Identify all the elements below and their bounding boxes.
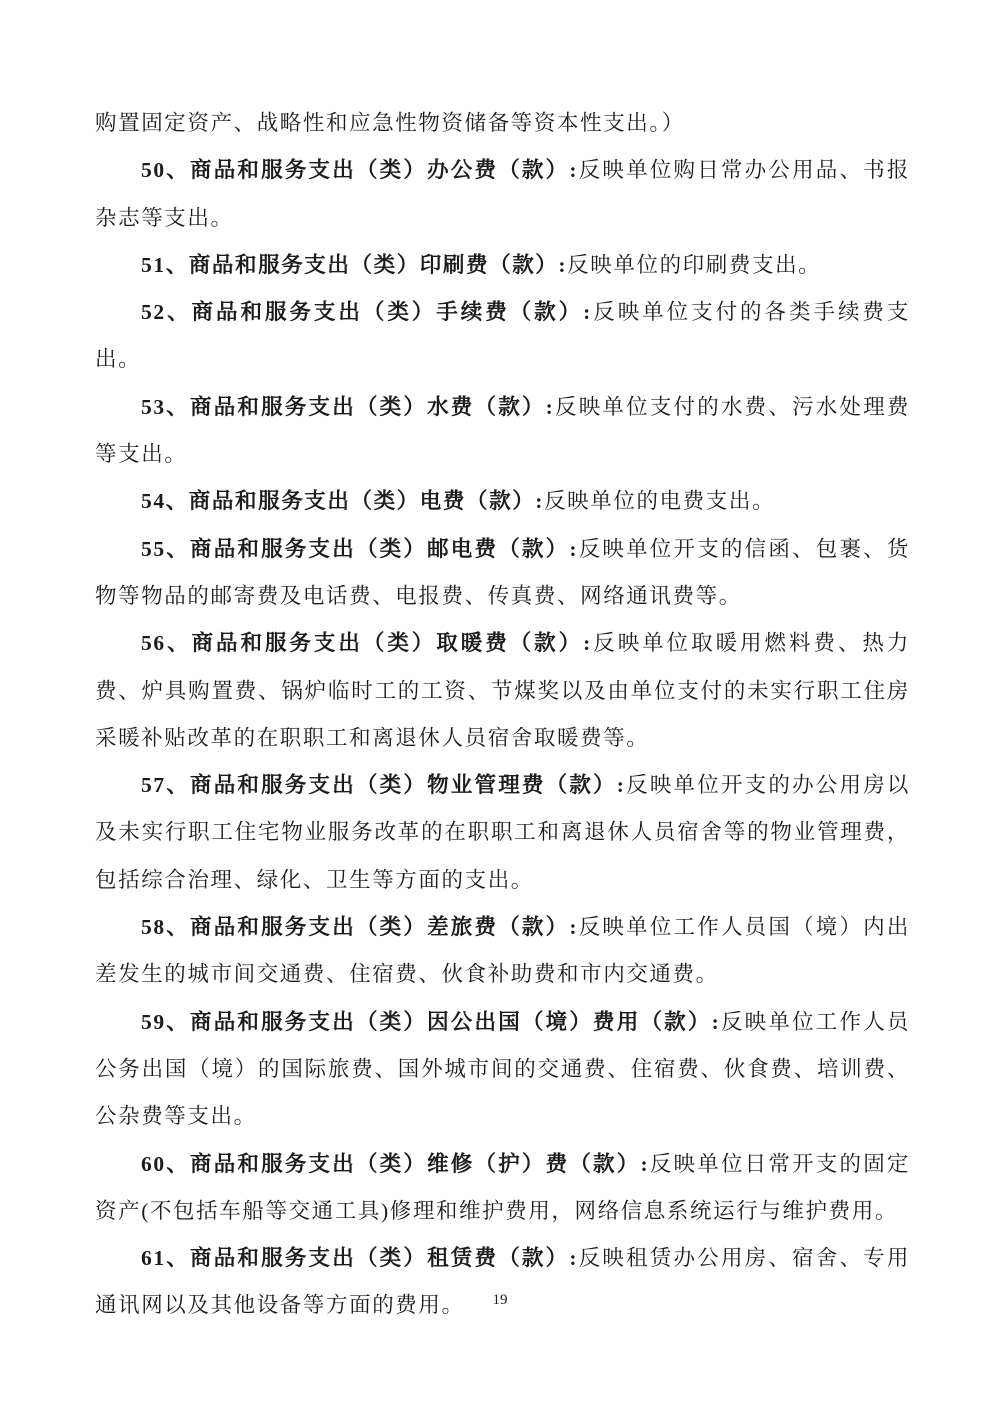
page-footer: 19: [0, 1290, 1000, 1310]
paragraph: 55、商品和服务支出（类）邮电费（款）:反映单位开支的信函、包裹、货物等物品的邮…: [95, 526, 910, 621]
paragraph-label: 51、商品和服务支出（类）印刷费（款）:: [141, 253, 567, 277]
paragraph: 54、商品和服务支出（类）电费（款）:反映单位的电费支出。: [95, 478, 910, 525]
paragraph-body: 购置固定资产、战略性和应急性物资储备等资本性支出。）: [95, 111, 685, 135]
paragraph-label: 57、商品和服务支出（类）物业管理费（款）:: [141, 773, 626, 797]
paragraph-label: 61、商品和服务支出（类）租赁费（款）:: [141, 1246, 578, 1270]
paragraph: 58、商品和服务支出（类）差旅费（款）:反映单位工作人员国（境）内出差发生的城市…: [95, 904, 910, 999]
paragraph-label: 52、商品和服务支出（类）手续费（款）:: [141, 300, 592, 324]
paragraph-label: 58、商品和服务支出（类）差旅费（款）:: [141, 915, 578, 939]
paragraph: 60、商品和服务支出（类）维修（护）费（款）:反映单位日常开支的固定资产(不包括…: [95, 1141, 910, 1236]
paragraph: 61、商品和服务支出（类）租赁费（款）:反映租赁办公用房、宿舍、专用通讯网以及其…: [95, 1235, 910, 1330]
paragraph-label: 59、商品和服务支出（类）因公出国（境）费用（款）:: [141, 1010, 720, 1034]
paragraph-label: 54、商品和服务支出（类）电费（款）:: [141, 489, 544, 513]
paragraph-label: 60、商品和服务支出（类）维修（护）费（款）:: [141, 1152, 649, 1176]
paragraph: 59、商品和服务支出（类）因公出国（境）费用（款）:反映单位工作人员公务出国（境…: [95, 999, 910, 1141]
document-page: 购置固定资产、战略性和应急性物资储备等资本性支出。） 50、商品和服务支出（类）…: [0, 0, 1000, 1415]
paragraph: 57、商品和服务支出（类）物业管理费（款）:反映单位开支的办公用房以及未实行职工…: [95, 762, 910, 904]
paragraph: 购置固定资产、战略性和应急性物资储备等资本性支出。）: [95, 100, 910, 147]
paragraph-body: 反映单位的印刷费支出。: [567, 253, 821, 277]
paragraph-body: 反映单位的电费支出。: [544, 489, 775, 513]
paragraph-label: 56、商品和服务支出（类）取暖费（款）:: [141, 631, 592, 655]
paragraph: 53、商品和服务支出（类）水费（款）:反映单位支付的水费、污水处理费等支出。: [95, 384, 910, 479]
paragraph-label: 50、商品和服务支出（类）办公费（款）:: [141, 158, 578, 182]
paragraph: 50、商品和服务支出（类）办公费（款）:反映单位购日常办公用品、书报杂志等支出。: [95, 147, 910, 242]
paragraph: 56、商品和服务支出（类）取暖费（款）:反映单位取暖用燃料费、热力费、炉具购置费…: [95, 620, 910, 762]
paragraph-label: 53、商品和服务支出（类）水费（款）:: [141, 395, 554, 419]
paragraph: 52、商品和服务支出（类）手续费（款）:反映单位支付的各类手续费支出。: [95, 289, 910, 384]
paragraph: 51、商品和服务支出（类）印刷费（款）:反映单位的印刷费支出。: [95, 242, 910, 289]
paragraph-label: 55、商品和服务支出（类）邮电费（款）:: [141, 537, 578, 561]
page-number: 19: [493, 1292, 508, 1308]
document-body: 购置固定资产、战略性和应急性物资储备等资本性支出。） 50、商品和服务支出（类）…: [95, 100, 910, 1330]
